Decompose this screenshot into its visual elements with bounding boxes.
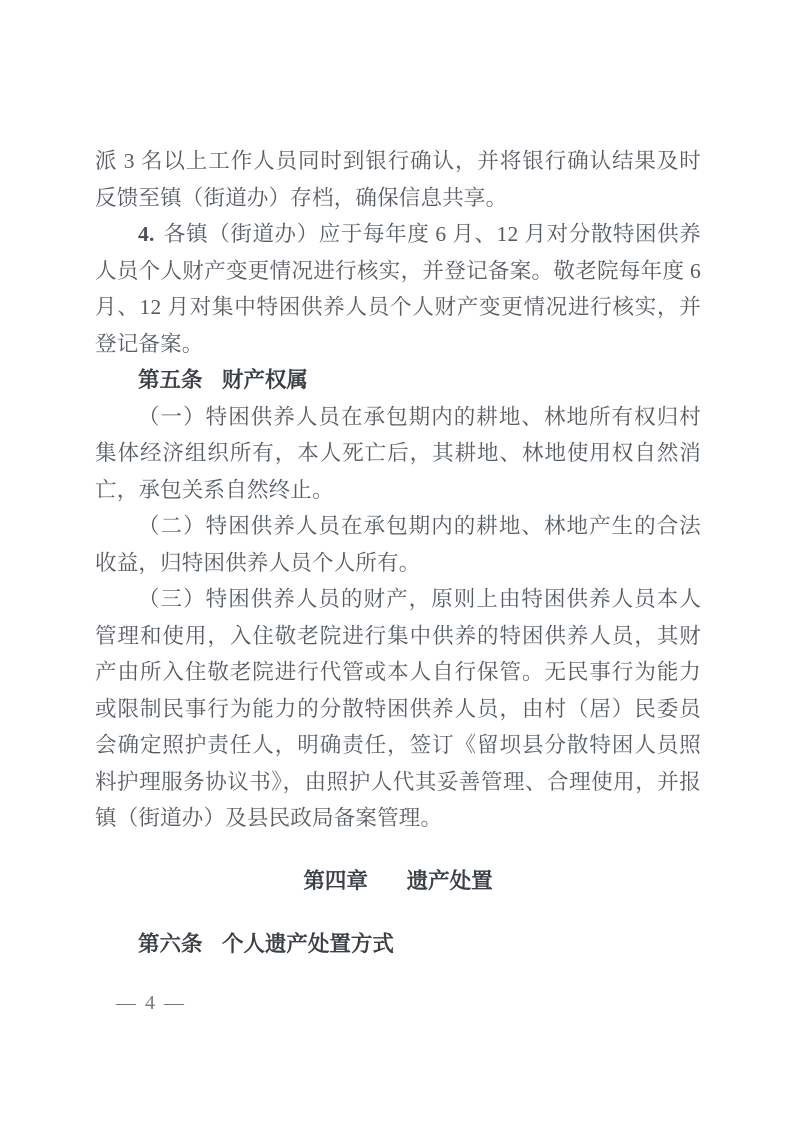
chapter-4-title: 遗产处置 [407,869,493,893]
article-5-label: 第五条 [138,368,203,392]
paragraph-sub-3: （三）特困供养人员的财产，原则上由特困供养人员本人管理和使用，入住敬老院进行集中… [95,581,701,837]
document-body: 派 3 名以上工作人员同时到银行确认，并将银行确认结果及时反馈至镇（街道办）存档… [95,143,701,963]
paragraph-continuation: 派 3 名以上工作人员同时到银行确认，并将银行确认结果及时反馈至镇（街道办）存档… [95,143,701,216]
paragraph-sub-1: （一）特困供养人员在承包期内的耕地、林地所有权归村集体经济组织所有，本人死亡后，… [95,399,701,509]
chapter-4-heading: 第四章遗产处置 [95,863,701,900]
paragraph-item-4: 4.各镇（街道办）应于每年度 6 月、12 月对分散特困供养人员个人财产变更情况… [95,216,701,362]
paragraph-item-4-text: 各镇（街道办）应于每年度 6 月、12 月对分散特困供养人员个人财产变更情况进行… [95,222,701,356]
article-6-heading: 第六条个人遗产处置方式 [95,926,701,963]
article-6-title: 个人遗产处置方式 [222,932,394,956]
article-5-title: 财产权属 [222,368,308,392]
page-number: — 4 — [116,988,186,1018]
article-6-label: 第六条 [138,932,203,956]
list-number: 4. [138,222,155,246]
article-5-heading: 第五条财产权属 [95,362,701,399]
document-page: 派 3 名以上工作人员同时到银行确认，并将银行确认结果及时反馈至镇（街道办）存档… [0,0,793,1122]
chapter-4-label: 第四章 [303,869,368,893]
paragraph-sub-2: （二）特困供养人员在承包期内的耕地、林地产生的合法收益，归特困供养人员个人所有。 [95,508,701,581]
